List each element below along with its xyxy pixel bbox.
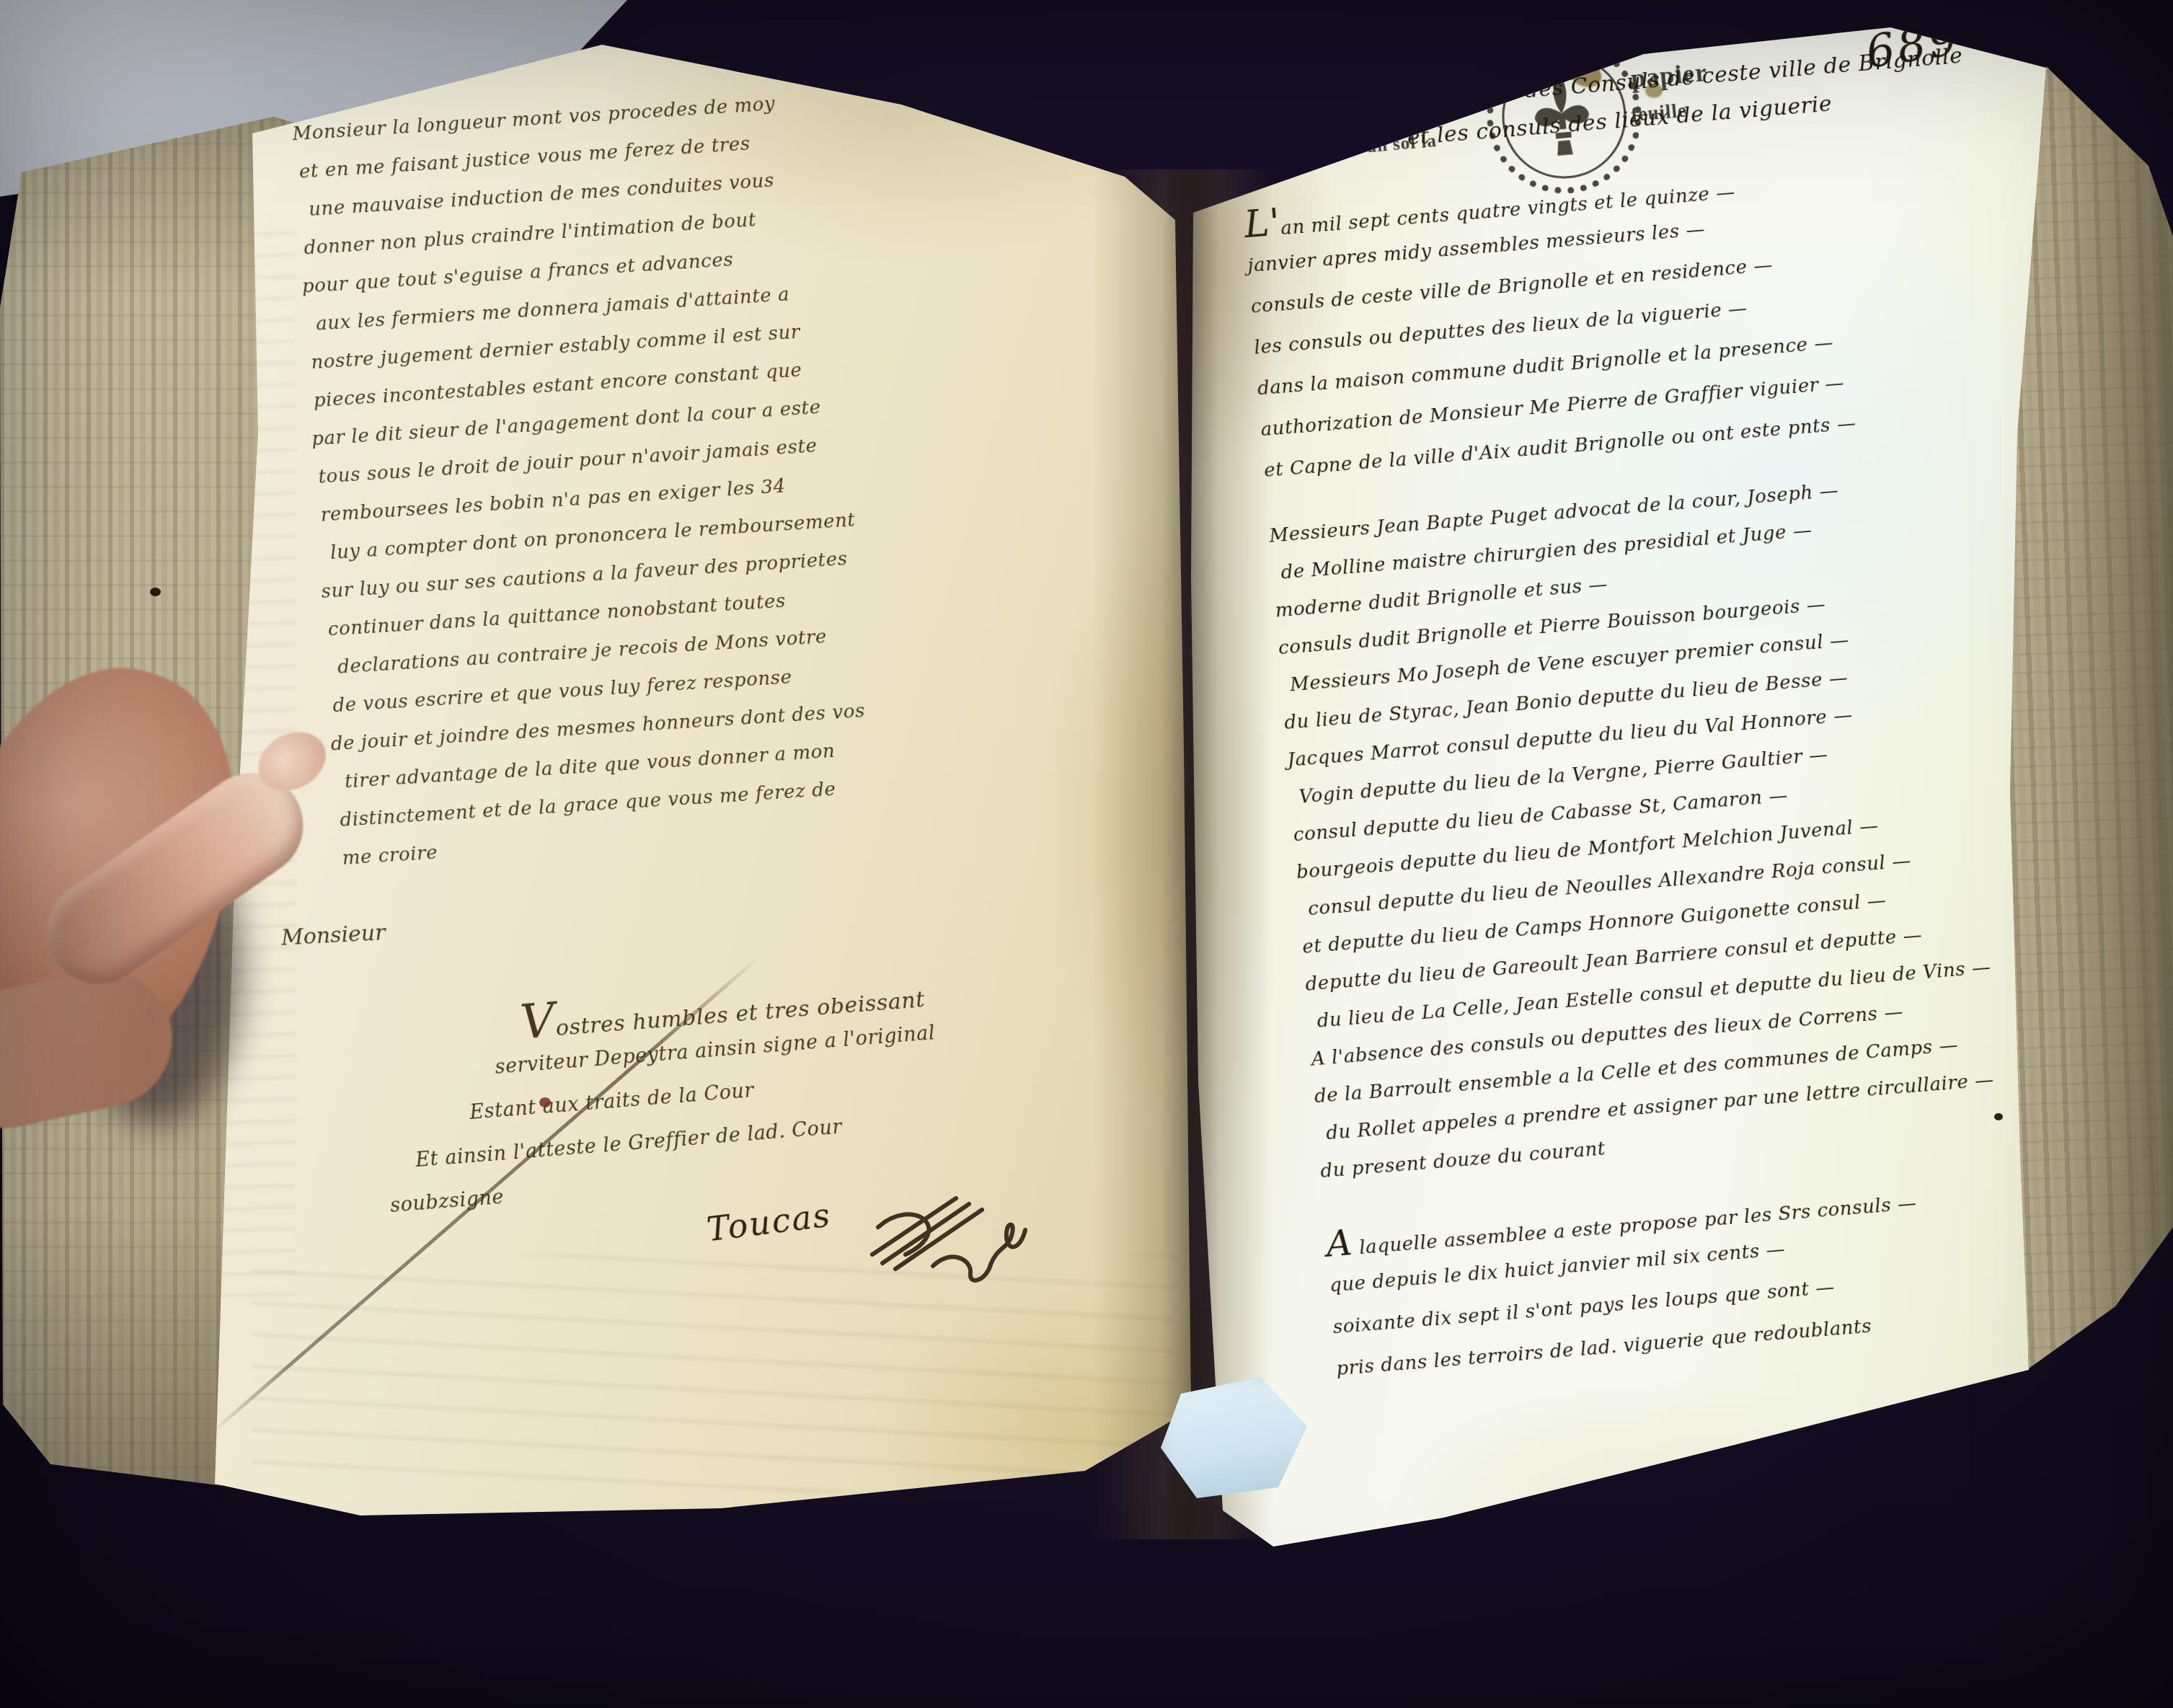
paragraph-preamble: L'an mil sept cents quatre vingts et le … <box>1243 136 2128 492</box>
stamp-text: Petit <box>1375 91 1433 126</box>
right-page: 689 Petit un sol la papier feuille Assem… <box>1110 14 2084 1586</box>
stain <box>1466 43 1479 62</box>
ink-bleedthrough <box>252 1255 1175 1492</box>
closing-formula: Vostres humbles et tres obeissantservite… <box>411 950 1190 1225</box>
salutation: Monsieur <box>280 920 386 951</box>
signature-paraph-icon <box>864 1180 1030 1295</box>
wormhole <box>1994 1113 2003 1120</box>
letter-body: Monsieur la longueur mont vos procedes d… <box>296 61 1200 878</box>
manuscript-photograph: Monsieur la longueur mont vos procedes d… <box>0 0 2173 1708</box>
signature: Toucas <box>704 1195 833 1249</box>
wormhole <box>150 588 161 596</box>
ink-spot <box>539 1097 551 1107</box>
